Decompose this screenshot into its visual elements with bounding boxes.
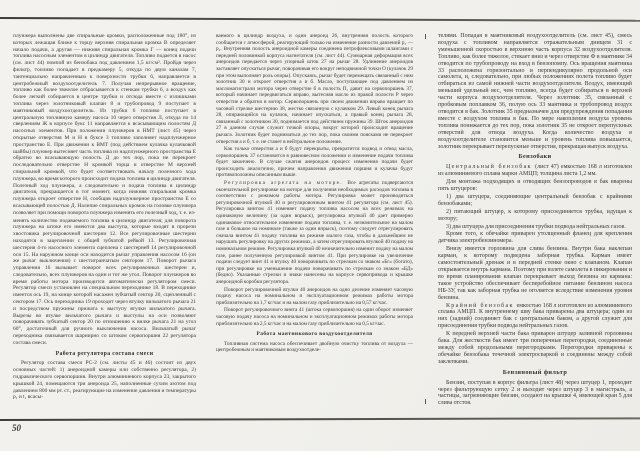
paragraph: ваемого в цилиндр воздуха, и один анерои… [216, 33, 413, 145]
paragraph: Бензин, поступая в корпус фильтра (лист … [438, 380, 632, 408]
paragraph: Как только отверстия а и б будут перекры… [216, 146, 413, 179]
column-divider-tick [425, 399, 426, 404]
spaced-lead: Крайний бензобак [446, 303, 517, 309]
paragraph: менять количество подаваемого топлива в … [13, 218, 196, 347]
paragraph: телями. Попадая в маятниковый воздухоотд… [438, 33, 632, 150]
bottom-rule [0, 417, 640, 420]
paragraph: Поворот регулировочной втулки 40 анероид… [216, 287, 413, 307]
paragraph: Топливная система насоса обеспечивает дв… [216, 341, 413, 354]
paragraph: Регулировка агрегата на моторе. Все агре… [216, 180, 413, 286]
paragraph: Для монтажа подходящих и отводящих бензо… [438, 179, 632, 193]
paragraph: плунжера выполнены две спиральные кромки… [13, 33, 196, 217]
text-column-1: плунжера выполнены две спиральные кромки… [13, 33, 196, 417]
page-number: 50 [12, 423, 21, 433]
list-item: 3) два штуцера для присоединения трубки … [438, 224, 632, 231]
text-column-2: ваемого в цилиндр воздуха, и один анерои… [216, 33, 413, 417]
section-heading: Бензобаки [438, 154, 632, 161]
paragraph: Центральный бензобак (лист 47) емкостью … [438, 164, 632, 178]
spaced-lead: Регулировка агрегата на моторе. [224, 180, 347, 186]
paragraph: Внизу имеется горловина для слива бензин… [438, 246, 632, 301]
section-heading: Бензиновый фильтр [438, 370, 632, 377]
section-heading: Работа маятникового воздухоотделителя [216, 331, 413, 338]
spaced-lead: Центральный бензобак [446, 164, 535, 170]
paragraph: К передней верхней части бака приварен ш… [438, 331, 632, 366]
paragraph: Крайний бензобак емкостью 168 л изготовл… [438, 303, 632, 331]
text-column-3: телями. Попадая в маятниковый воздухоотд… [438, 33, 632, 417]
list-item: 2) питающий штуцер, к которому присоедин… [438, 209, 632, 223]
scanned-page: плунжера выполнены две спиральные кромки… [0, 0, 640, 451]
paragraph: Поворот регулировочного винта 41 (штока … [216, 307, 413, 327]
paragraph: Регулятор состава смеси РС-2 (см. листы … [13, 360, 196, 401]
list-item: 1) два штуцера, соединяющие центральный … [438, 194, 632, 208]
section-heading: Работа регулятора состава смеси [13, 351, 196, 358]
top-rule [0, 17, 640, 21]
column-divider-tick [425, 34, 426, 39]
paragraph: Кроме того, к обечайке приварен утолщенн… [438, 231, 632, 245]
